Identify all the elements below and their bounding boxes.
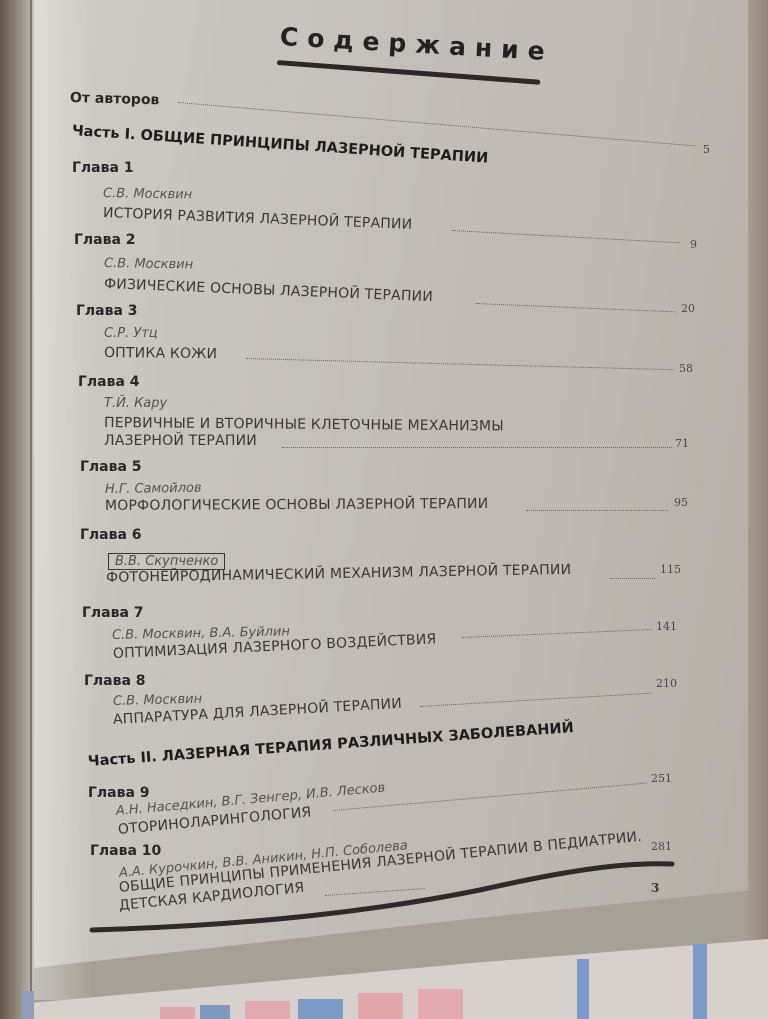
toc-chapter-4[interactable]: ПЕРВИЧНЫЕ И ВТОРИЧНЫЕ КЛЕТОЧНЫЕ МЕХАНИЗМ… [104,415,504,434]
chapter-label: Глава 7 [82,605,144,621]
page-number: 251 [651,772,672,785]
leader-dots [325,888,425,896]
toc-chapter-2[interactable]: ФИЗИЧЕСКИЕ ОСНОВЫ ЛАЗЕРНОЙ ТЕРАПИИ [104,276,434,305]
toc-preface[interactable]: От авторов [70,90,160,108]
page-number: 5 [703,143,710,156]
toc-chapter-1[interactable]: ИСТОРИЯ РАЗВИТИЯ ЛАЗЕРНОЙ ТЕРАПИИ [103,205,413,233]
toc-chapter-4-continued[interactable]: ЛАЗЕРНОЙ ТЕРАПИИ [104,433,257,449]
chapter-label: Глава 3 [76,303,138,319]
toc-part-2[interactable]: Часть II. ЛАЗЕРНАЯ ТЕРАПИЯ РАЗЛИЧНЫХ ЗАБ… [87,720,574,770]
table-of-contents: Содержание От авторов 5 Часть I. ОБЩИЕ П… [0,0,768,1019]
toc-part-1[interactable]: Часть I. ОБЩИЕ ПРИНЦИПЫ ЛАЗЕРНОЙ ТЕРАПИИ [71,123,488,167]
page-number: 95 [674,496,688,509]
chapter-label: Глава 1 [72,160,134,176]
page-number: 281 [651,840,672,853]
page-number: 141 [656,620,677,633]
chapter-authors: Т.Й. Кару [104,396,167,411]
chapter-authors: Н.Г. Самойлов [105,481,202,497]
page-number: 9 [690,238,697,251]
toc-chapter-3[interactable]: ОПТИКА КОЖИ [104,345,217,362]
chapter-label: Глава 4 [78,374,140,390]
page-title: Содержание [279,22,554,66]
chapter-label: Глава 8 [84,673,146,689]
chapter-label: Глава 9 [88,785,150,801]
leader-dots [476,303,676,312]
page-number: 210 [656,677,677,690]
photo-scene: Содержание От авторов 5 Часть I. ОБЩИЕ П… [0,0,768,1019]
page-number: 20 [681,302,695,315]
page-number: 71 [675,437,689,450]
leader-dots [526,510,668,511]
leader-dots [420,693,652,707]
page-footer-number: 3 [651,881,659,895]
chapter-label: Глава 10 [90,843,161,859]
chapter-label: Глава 5 [80,459,142,475]
page-number: 115 [660,563,681,576]
chapter-authors: С.В. Москвин [113,692,203,709]
chapter-label: Глава 2 [74,232,136,248]
leader-dots [462,629,652,638]
leader-dots [610,578,655,579]
chapter-authors: С.Р. Утц [104,326,158,341]
chapter-authors: С.В. Москвин [104,256,193,273]
leader-dots [282,447,672,448]
leader-dots [452,230,680,243]
title-underline [277,60,541,85]
chapter-authors: С.В. Москвин [103,186,192,203]
page-number: 58 [679,362,693,375]
leader-dots [246,358,674,370]
chapter-label: Глава 6 [80,527,142,543]
toc-chapter-5[interactable]: МОРФОЛОГИЧЕСКИЕ ОСНОВЫ ЛАЗЕРНОЙ ТЕРАПИИ [105,496,488,514]
